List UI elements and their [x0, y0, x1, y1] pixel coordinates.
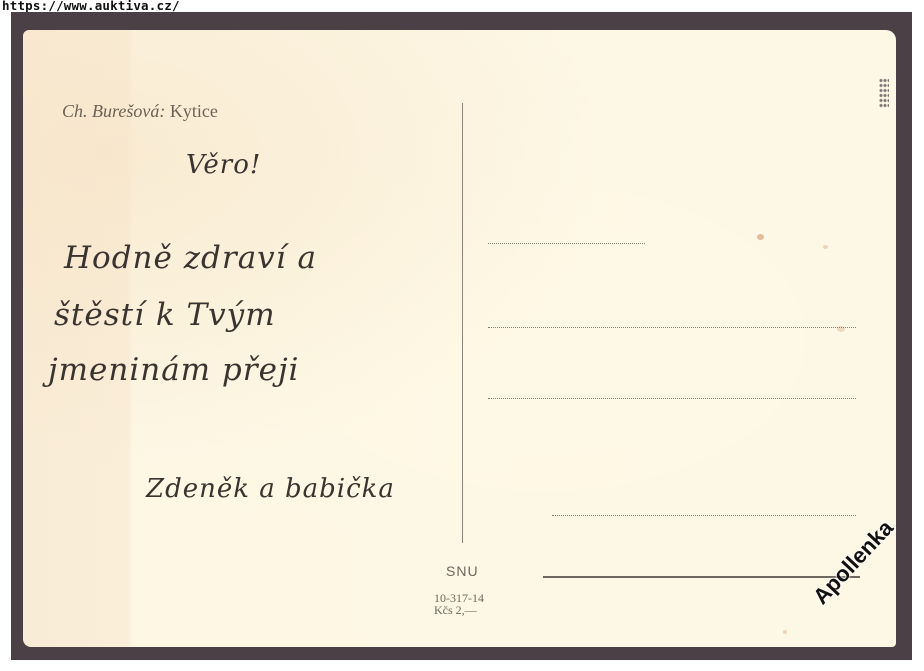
handwritten-salutation: Věro! — [186, 150, 261, 180]
publisher-mark: SNU — [446, 563, 479, 579]
price: Kčs 2,— — [434, 604, 484, 616]
handwritten-line-3: jmeninám přeji — [48, 352, 299, 388]
handwritten-signature: Zdeněk a babička — [146, 474, 395, 504]
postcard — [23, 30, 896, 647]
center-divider-line — [462, 103, 463, 543]
caption-author: Ch. Burešová: — [62, 101, 165, 121]
artwork-caption: Ch. Burešová: Kytice — [62, 101, 218, 122]
address-line-4 — [552, 515, 856, 516]
handwritten-line-2: štěstí k Tvým — [54, 297, 276, 333]
print-info: 10-317-14 Kčs 2,— — [434, 592, 484, 616]
ink-stain — [879, 78, 889, 108]
address-line-2 — [488, 327, 856, 328]
address-line-3 — [488, 398, 856, 399]
address-line-1 — [488, 243, 645, 244]
foxing-spot — [823, 245, 828, 249]
handwritten-line-1: Hodně zdraví a — [64, 240, 317, 276]
foxing-spot — [783, 630, 787, 634]
caption-title: Kytice — [170, 101, 218, 121]
foxing-spot — [757, 234, 764, 240]
address-line-5 — [543, 576, 860, 578]
